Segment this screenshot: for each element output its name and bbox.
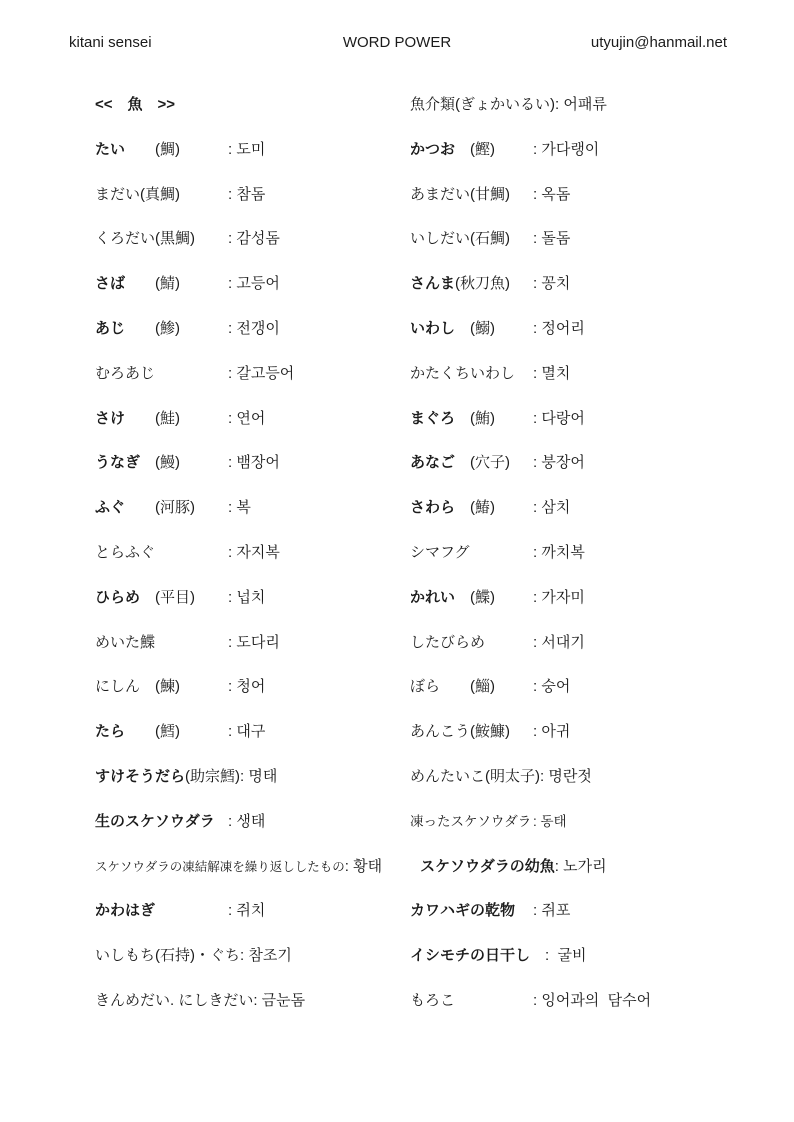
korean-translation: : 가자미 bbox=[533, 588, 585, 607]
vocab-entry: いしだい(石鯛): 돌돔 bbox=[410, 229, 727, 248]
vocab-entry: したびらめ: 서대기 bbox=[410, 633, 727, 652]
vocab-entry: シマフグ: 까치복 bbox=[410, 543, 727, 562]
vocab-entry: あじ (鯵): 전갱이 bbox=[95, 319, 410, 338]
vocab-entry: まだい(真鯛): 참돔 bbox=[95, 185, 410, 204]
japanese-term: かわはぎ bbox=[95, 901, 228, 920]
term-kanji: (鰯) bbox=[455, 320, 495, 337]
vocab-row: きんめだい. にしきだい: 금눈돔もろこ: 잉어과의 담수어 bbox=[95, 991, 727, 1036]
vocab-row: にしん (鰊): 청어ぼら (鯔): 숭어 bbox=[95, 677, 727, 722]
korean-translation: : 연어 bbox=[228, 409, 265, 428]
japanese-term: いしだい(石鯛) bbox=[410, 229, 533, 248]
term-kanji: (秋刀魚) bbox=[455, 275, 510, 292]
japanese-term: かつお (鰹) bbox=[410, 140, 533, 159]
vocab-entry: かたくちいわし: 멸치 bbox=[410, 364, 727, 383]
vocab-row: あじ (鯵): 전갱이いわし (鰯): 정어리 bbox=[95, 319, 727, 364]
vocab-entry: あんこう(鮟鱇): 아귀 bbox=[410, 722, 727, 741]
vocab-row: むろあじ: 갈고등어かたくちいわし: 멸치 bbox=[95, 364, 727, 409]
term-name: たい bbox=[95, 141, 125, 158]
term-kanji: めいた鰈 bbox=[95, 634, 155, 651]
term-kanji: (鰻) bbox=[140, 454, 180, 471]
japanese-term: うなぎ (鰻) bbox=[95, 453, 228, 472]
term-kanji: (穴子) bbox=[455, 454, 510, 471]
term-kanji: あまだい(甘鯛) bbox=[410, 186, 510, 203]
vocab-row: たい (鯛): 도미かつお (鰹): 가다랭이 bbox=[95, 140, 727, 185]
korean-translation: : 도다리 bbox=[228, 633, 280, 652]
japanese-term: 凍ったスケソウダラ bbox=[410, 812, 533, 831]
vocab-entry: さけ (鮭): 연어 bbox=[95, 409, 410, 428]
term-kanji: むろあじ bbox=[95, 365, 155, 382]
vocab-entry: むろあじ: 갈고등어 bbox=[95, 364, 410, 383]
japanese-term: さわら (鰆) bbox=[410, 498, 533, 517]
vocab-entry: たら (鱈): 대구 bbox=[95, 722, 410, 741]
vocab-entry: あなご (穴子): 붕장어 bbox=[410, 453, 727, 472]
korean-translation: : 가다랭이 bbox=[533, 140, 599, 159]
korean-translation: : 쥐포 bbox=[533, 901, 570, 920]
term-name: さわら bbox=[410, 499, 455, 516]
japanese-term: めんたいこ(明太子) bbox=[410, 767, 540, 786]
japanese-term: イシモチの日干し bbox=[410, 946, 545, 965]
term-kanji: とらふぐ bbox=[95, 544, 155, 561]
korean-translation: : 굴비 bbox=[545, 946, 586, 965]
term-name: すけそうだら bbox=[95, 768, 185, 785]
vocab-entry: かわはぎ: 쥐치 bbox=[95, 901, 410, 920]
korean-translation: : 감성돔 bbox=[228, 229, 280, 248]
term-kanji bbox=[515, 902, 530, 919]
vocab-entry: もろこ: 잉어과의 담수어 bbox=[410, 991, 727, 1010]
korean-translation: : 참조기 bbox=[240, 946, 292, 965]
vocab-entry: さば (鯖): 고등어 bbox=[95, 274, 410, 293]
japanese-term: ふぐ (河豚) bbox=[95, 498, 228, 517]
vocab-entry: たい (鯛): 도미 bbox=[95, 140, 410, 159]
term-kanji: くろだい(黒鯛) bbox=[95, 230, 195, 247]
term-kanji: (鯛) bbox=[125, 141, 180, 158]
term-kanji: (鰈) bbox=[455, 589, 495, 606]
japanese-term: むろあじ bbox=[95, 364, 228, 383]
japanese-term: ぼら (鯔) bbox=[410, 677, 533, 696]
term-name: たら bbox=[95, 723, 125, 740]
vocab-row: いしもち(石持)・ぐち: 참조기イシモチの日干し : 굴비 bbox=[95, 946, 727, 991]
japanese-term: かれい (鰈) bbox=[410, 588, 533, 607]
term-kanji: (平目) bbox=[140, 589, 195, 606]
japanese-term: もろこ bbox=[410, 991, 533, 1010]
korean-translation: : 멸치 bbox=[533, 364, 570, 383]
term-kanji: (鮪) bbox=[455, 410, 495, 427]
term-kanji: (鯖) bbox=[125, 275, 180, 292]
vocab-row: さば (鯖): 고등어さんま(秋刀魚): 꽁치 bbox=[95, 274, 727, 319]
japanese-term: さば (鯖) bbox=[95, 274, 228, 293]
vocab-entry: にしん (鰊): 청어 bbox=[95, 677, 410, 696]
korean-translation: : 고등어 bbox=[228, 274, 280, 293]
page-header: kitani sensei WORD POWER utyujin@hanmail… bbox=[0, 34, 794, 54]
japanese-term: きんめだい. にしきだい bbox=[95, 991, 253, 1010]
term-name: あじ bbox=[95, 320, 125, 337]
vocab-row: 生のスケソウダラ: 생태凍ったスケソウダラ: 동태 bbox=[95, 812, 727, 857]
term-name: うなぎ bbox=[95, 454, 140, 471]
term-name: イシモチの日干し bbox=[410, 947, 530, 964]
japanese-term: かたくちいわし bbox=[410, 364, 533, 383]
korean-translation: : 갈고등어 bbox=[228, 364, 294, 383]
term-kanji: (河豚) bbox=[125, 499, 195, 516]
korean-translation: : 서대기 bbox=[533, 633, 585, 652]
term-kanji: かたくちいわし bbox=[410, 365, 515, 382]
korean-translation: : 뱀장어 bbox=[228, 453, 280, 472]
japanese-term: まぐろ (鮪) bbox=[410, 409, 533, 428]
term-name: さけ bbox=[95, 410, 125, 427]
header-email: utyujin@hanmail.net bbox=[591, 34, 727, 51]
vocab-entry: すけそうだら(助宗鱈): 명태 bbox=[95, 767, 410, 786]
korean-translation: : 아귀 bbox=[533, 722, 570, 741]
vocab-entry: ひらめ (平目): 넙치 bbox=[95, 588, 410, 607]
japanese-term: いしもち(石持)・ぐち bbox=[95, 946, 240, 965]
korean-translation: : 쥐치 bbox=[228, 901, 265, 920]
japanese-term: あんこう(鮟鱇) bbox=[410, 722, 533, 741]
term-name: かわはぎ bbox=[95, 902, 155, 919]
term-name: << 魚 >> bbox=[95, 96, 175, 113]
term-kanji: (鰹) bbox=[455, 141, 495, 158]
korean-translation: : 대구 bbox=[228, 722, 265, 741]
term-kanji: いしだい(石鯛) bbox=[410, 230, 510, 247]
term-name: さんま bbox=[410, 275, 455, 292]
korean-translation: : 잉어과의 담수어 bbox=[533, 991, 651, 1010]
vocab-entry: うなぎ (鰻): 뱀장어 bbox=[95, 453, 410, 472]
korean-translation: : 노가리 bbox=[555, 857, 607, 876]
vocab-row: うなぎ (鰻): 뱀장어あなご (穴子): 붕장어 bbox=[95, 453, 727, 498]
korean-translation: : 옥돔 bbox=[533, 185, 570, 204]
term-name: ふぐ bbox=[95, 499, 125, 516]
term-kanji: (鰆) bbox=[455, 499, 495, 516]
japanese-term: めいた鰈 bbox=[95, 633, 228, 652]
term-kanji: めんたいこ(明太子) bbox=[410, 768, 540, 785]
term-name: ひらめ bbox=[95, 589, 140, 606]
vocab-row: ふぐ (河豚): 복さわら (鰆): 삼치 bbox=[95, 498, 727, 543]
vocab-row: とらふぐ: 자지복シマフグ: 까치복 bbox=[95, 543, 727, 588]
vocab-row: ひらめ (平目): 넙치かれい (鰈): 가자미 bbox=[95, 588, 727, 633]
korean-translation: : 도미 bbox=[228, 140, 265, 159]
term-name: 生のスケソウダラ bbox=[95, 813, 215, 830]
japanese-term: あなご (穴子) bbox=[410, 453, 533, 472]
vocab-row: めいた鰈: 도다리したびらめ: 서대기 bbox=[95, 633, 727, 678]
vocab-entry: 魚介類(ぎょかいるい): 어패류 bbox=[410, 95, 727, 114]
vocab-entry: 生のスケソウダラ: 생태 bbox=[95, 812, 410, 831]
vocab-entry: ふぐ (河豚): 복 bbox=[95, 498, 410, 517]
vocab-entry: めんたいこ(明太子): 명란젓 bbox=[410, 767, 727, 786]
korean-translation: : 다랑어 bbox=[533, 409, 585, 428]
vocab-row: たら (鱈): 대구あんこう(鮟鱇): 아귀 bbox=[95, 722, 727, 767]
korean-translation: : 참돔 bbox=[228, 185, 265, 204]
japanese-term: にしん (鰊) bbox=[95, 677, 228, 696]
japanese-term: くろだい(黒鯛) bbox=[95, 229, 228, 248]
term-name: さば bbox=[95, 275, 125, 292]
korean-translation: : 생태 bbox=[228, 812, 265, 831]
japanese-term: 生のスケソウダラ bbox=[95, 812, 228, 831]
korean-translation: : 꽁치 bbox=[533, 274, 570, 293]
vocab-entry: かれい (鰈): 가자미 bbox=[410, 588, 727, 607]
vocab-entry: かつお (鰹): 가다랭이 bbox=[410, 140, 727, 159]
japanese-term: たい (鯛) bbox=[95, 140, 228, 159]
vocab-row: さけ (鮭): 연어まぐろ (鮪): 다랑어 bbox=[95, 409, 727, 454]
vocab-row: << 魚 >>魚介類(ぎょかいるい): 어패류 bbox=[95, 95, 727, 140]
korean-translation: : 청어 bbox=[228, 677, 265, 696]
japanese-term: まだい(真鯛) bbox=[95, 185, 228, 204]
term-kanji: (鮭) bbox=[125, 410, 180, 427]
term-kanji: あんこう(鮟鱇) bbox=[410, 723, 510, 740]
japanese-term: スケソウダラの幼魚 bbox=[420, 857, 555, 876]
korean-translation: : 어패류 bbox=[555, 95, 607, 114]
vocab-row: かわはぎ: 쥐치カワハギの乾物 : 쥐포 bbox=[95, 901, 727, 946]
vocab-entry: << 魚 >> bbox=[95, 95, 410, 114]
japanese-term: したびらめ bbox=[410, 633, 533, 652]
korean-translation: : 까치복 bbox=[533, 543, 585, 562]
term-kanji: ぼら (鯔) bbox=[410, 678, 495, 695]
term-kanji: 魚介類(ぎょかいるい) bbox=[410, 96, 555, 113]
vocab-entry: きんめだい. にしきだい: 금눈돔 bbox=[95, 991, 410, 1010]
japanese-term: 魚介類(ぎょかいるい) bbox=[410, 95, 555, 114]
korean-translation: : 자지복 bbox=[228, 543, 280, 562]
korean-translation: : 복 bbox=[228, 498, 251, 517]
term-kanji: (助宗鱈) bbox=[185, 768, 240, 785]
vocab-entry: さんま(秋刀魚): 꽁치 bbox=[410, 274, 727, 293]
korean-translation: : 전갱이 bbox=[228, 319, 280, 338]
term-kanji: にしん (鰊) bbox=[95, 678, 180, 695]
korean-translation: : 정어리 bbox=[533, 319, 585, 338]
term-kanji: もろこ bbox=[410, 992, 455, 1009]
vocab-entry: いわし (鰯): 정어리 bbox=[410, 319, 727, 338]
term-name: カワハギの乾物 bbox=[410, 902, 515, 919]
japanese-term: さんま(秋刀魚) bbox=[410, 274, 533, 293]
vocab-entry: カワハギの乾物 : 쥐포 bbox=[410, 901, 727, 920]
korean-translation: : 금눈돔 bbox=[253, 991, 305, 1010]
japanese-term: さけ (鮭) bbox=[95, 409, 228, 428]
japanese-term: すけそうだら(助宗鱈) bbox=[95, 767, 240, 786]
term-name: かれい bbox=[410, 589, 455, 606]
vocab-row: スケソウダラの凍結解凍を繰り返ししたもの: 황태スケソウダラの幼魚: 노가리 bbox=[95, 857, 727, 902]
vocab-entry: いしもち(石持)・ぐち: 참조기 bbox=[95, 946, 410, 965]
korean-translation: : 돌돔 bbox=[533, 229, 570, 248]
vocab-entry: くろだい(黒鯛): 감성돔 bbox=[95, 229, 410, 248]
japanese-term: ひらめ (平目) bbox=[95, 588, 228, 607]
vocab-row: すけそうだら(助宗鱈): 명태めんたいこ(明太子): 명란젓 bbox=[95, 767, 727, 812]
vocab-entry: ぼら (鯔): 숭어 bbox=[410, 677, 727, 696]
japanese-term: スケソウダラの凍結解凍を繰り返ししたもの bbox=[95, 858, 345, 877]
term-kanji: まだい(真鯛) bbox=[95, 186, 180, 203]
korean-translation: : 황태 bbox=[345, 857, 382, 876]
term-name: いわし bbox=[410, 320, 455, 337]
term-kanji: シマフグ bbox=[410, 544, 470, 561]
japanese-term: カワハギの乾物 bbox=[410, 901, 533, 920]
vocab-row: まだい(真鯛): 참돔あまだい(甘鯛): 옥돔 bbox=[95, 185, 727, 230]
korean-translation: : 삼치 bbox=[533, 498, 570, 517]
term-kanji: いしもち(石持)・ぐち bbox=[95, 947, 240, 964]
vocab-entry: 凍ったスケソウダラ: 동태 bbox=[410, 812, 727, 831]
vocab-list: << 魚 >>魚介類(ぎょかいるい): 어패류たい (鯛): 도미かつお (鰹)… bbox=[95, 95, 727, 1036]
japanese-term: あじ (鯵) bbox=[95, 319, 228, 338]
vocab-entry: めいた鰈: 도다리 bbox=[95, 633, 410, 652]
japanese-term: あまだい(甘鯛) bbox=[410, 185, 533, 204]
japanese-term: << 魚 >> bbox=[95, 95, 228, 114]
japanese-term: たら (鱈) bbox=[95, 722, 228, 741]
korean-translation: : 숭어 bbox=[533, 677, 570, 696]
vocab-entry: まぐろ (鮪): 다랑어 bbox=[410, 409, 727, 428]
term-kanji bbox=[530, 947, 545, 964]
vocab-entry: とらふぐ: 자지복 bbox=[95, 543, 410, 562]
document-page: kitani sensei WORD POWER utyujin@hanmail… bbox=[0, 0, 794, 1122]
japanese-term: いわし (鰯) bbox=[410, 319, 533, 338]
term-kanji: したびらめ bbox=[410, 634, 485, 651]
term-kanji: (鱈) bbox=[125, 723, 180, 740]
term-kanji: 凍ったスケソウダラ bbox=[410, 814, 531, 829]
korean-translation: : 명란젓 bbox=[540, 767, 592, 786]
vocab-entry: あまだい(甘鯛): 옥돔 bbox=[410, 185, 727, 204]
vocab-entry: イシモチの日干し : 굴비 bbox=[410, 946, 727, 965]
vocab-entry: さわら (鰆): 삼치 bbox=[410, 498, 727, 517]
vocab-row: くろだい(黒鯛): 감성돔いしだい(石鯛): 돌돔 bbox=[95, 229, 727, 274]
korean-translation: : 붕장어 bbox=[533, 453, 585, 472]
japanese-term: とらふぐ bbox=[95, 543, 228, 562]
term-kanji: (鯵) bbox=[125, 320, 180, 337]
term-name: まぐろ bbox=[410, 410, 455, 427]
korean-translation: : 넙치 bbox=[228, 588, 265, 607]
japanese-term: シマフグ bbox=[410, 543, 533, 562]
term-name: あなご bbox=[410, 454, 455, 471]
korean-translation: : 동태 bbox=[533, 812, 567, 831]
term-kanji: きんめだい. にしきだい bbox=[95, 992, 253, 1009]
korean-translation: : 명태 bbox=[240, 767, 277, 786]
term-name: かつお bbox=[410, 141, 455, 158]
